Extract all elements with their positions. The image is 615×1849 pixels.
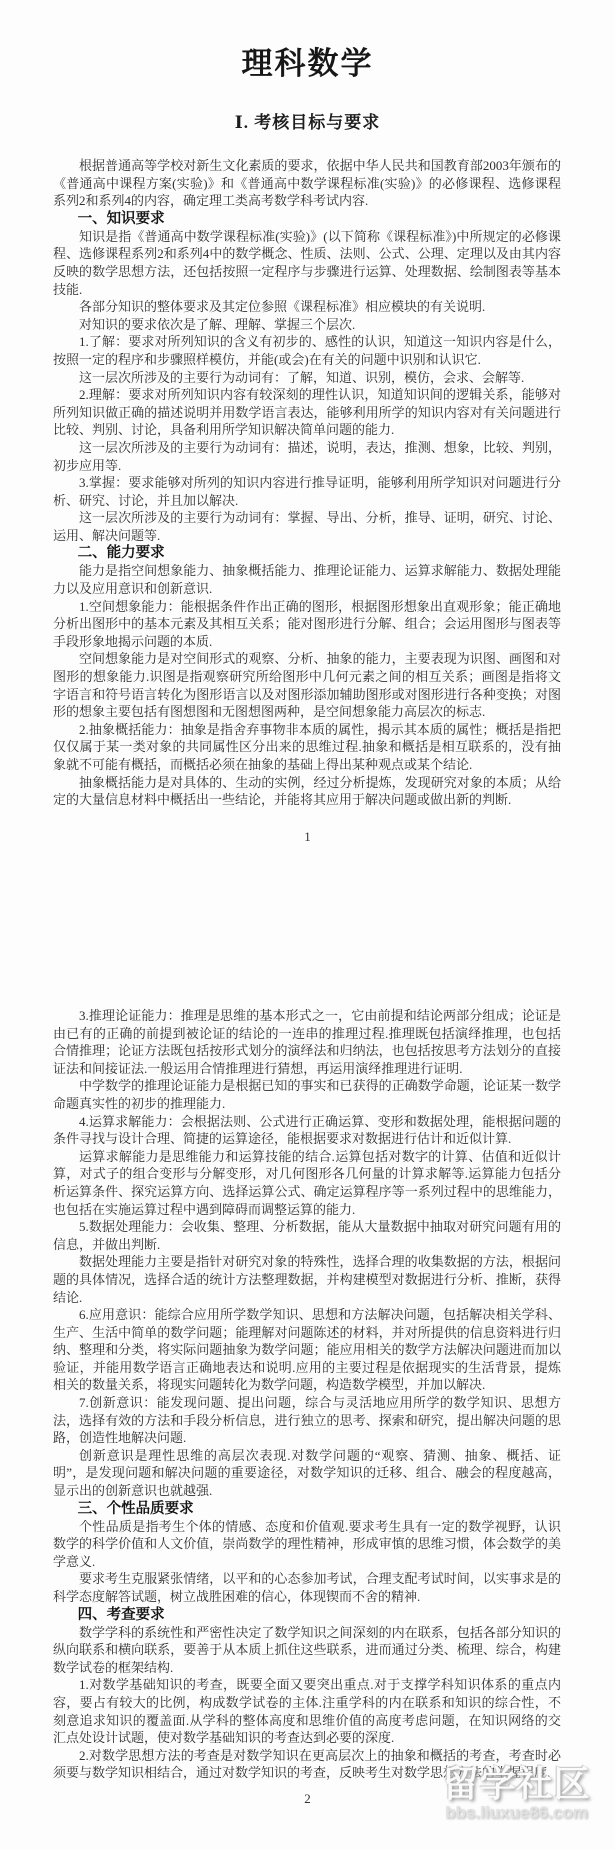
paragraph: 能力是指空间想象能力、抽象概括能力、推理论证能力、运算求解能力、数据处理能力以及…	[53, 562, 561, 597]
paragraph: 2.对数学思想方法的考查是对数学知识在更高层次上的抽象和概括的考查，考查时必须要…	[53, 1747, 561, 1782]
page-1-number: 1	[0, 829, 615, 845]
document-scan: 理科数学 Ⅰ. 考核目标与要求 根据普通高等学校对新生文化素质的要求，依据中华人…	[0, 0, 615, 1849]
section-subheading: 一、知识要求	[53, 210, 561, 228]
paragraph: 创新意识是理性思维的高层次表现.对数学问题的“观察、猜测、抽象、概括、证明”，是…	[53, 1447, 561, 1500]
paragraph: 3.推理论证能力：推理是思维的基本形式之一，它由前提和结论两部分组成；论证是由已…	[53, 1007, 561, 1077]
paragraph: 5.数据处理能力：会收集、整理、分析数据，能从大量数据中抽取对研究问题有用的信息…	[53, 1218, 561, 1253]
paragraph: 6.应用意识：能综合应用所学数学知识、思想和方法解决问题，包括解决相关学科、生产…	[53, 1306, 561, 1394]
paragraph: 4.运算求解能力：会根据法则、公式进行正确运算、变形和数据处理，能根据问题的条件…	[53, 1113, 561, 1148]
paragraph: 运算求解能力是思维能力和运算技能的结合.运算包括对数字的计算、估值和近似计算，对…	[53, 1148, 561, 1218]
page-2-number: 2	[0, 1791, 615, 1807]
paragraph: 数据处理能力主要是指针对研究对象的特殊性，选择合理的收集数据的方法，根据问题的具…	[53, 1253, 561, 1306]
paragraph: 知识是指《普通高中数学课程标准(实验)》(以下简称《课程标准》)中所规定的必修课…	[53, 228, 561, 298]
section-subheading: 四、考查要求	[53, 1606, 561, 1624]
page-2-content: 3.推理论证能力：推理是思维的基本形式之一，它由前提和结论两部分组成；论证是由已…	[53, 1007, 561, 1782]
paragraph: 2.理解：要求对所列知识内容有较深刻的理性认识，知道知识间的逻辑关系，能够对所列…	[53, 386, 561, 439]
paragraph: 根据普通高等学校对新生文化素质的要求，依据中华人民共和国教育部2003年颁布的《…	[53, 157, 561, 210]
paragraph: 1.空间想象能力：能根据条件作出正确的图形，根据图形想象出直观形象；能正确地分析…	[53, 598, 561, 651]
section-heading: Ⅰ. 考核目标与要求	[0, 108, 615, 133]
paragraph: 数学学科的系统性和严密性决定了数学知识之间深刻的内在联系，包括各部分知识的纵向联…	[53, 1624, 561, 1677]
paragraph: 2.抽象概括能力：抽象是指舍弃事物非本质的属性，揭示其本质的属性；概括是指把仅仅…	[53, 721, 561, 774]
paragraph: 3.掌握：要求能够对所列的知识内容进行推导证明，能够利用所学知识对问题进行分析、…	[53, 474, 561, 509]
paragraph: 1.对数学基础知识的考查，既要全面又要突出重点.对于支撑学科知识体系的重点内容，…	[53, 1676, 561, 1746]
paragraph: 这一层次所涉及的主要行为动词有：描述，说明，表达，推测、想象，比较、判别，初步应…	[53, 439, 561, 474]
paragraph: 这一层次所涉及的主要行为动词有：掌握、导出、分析，推导、证明，研究、讨论、运用、…	[53, 509, 561, 544]
paragraph: 中学数学的推理论证能力是根据已知的事实和已获得的正确数学命题，论证某一数学命题真…	[53, 1077, 561, 1112]
section-subheading: 二、能力要求	[53, 544, 561, 562]
paragraph: 对知识的要求依次是了解、理解、掌握三个层次.	[53, 316, 561, 334]
paragraph: 个性品质是指考生个体的情感、态度和价值观.要求考生具有一定的数学视野，认识数学的…	[53, 1518, 561, 1571]
page-1-content: 根据普通高等学校对新生文化素质的要求，依据中华人民共和国教育部2003年颁布的《…	[53, 157, 561, 809]
paragraph: 抽象概括能力是对具体的、生动的实例，经过分析提炼，发现研究对象的本质；从给定的大…	[53, 774, 561, 809]
document-title: 理科数学	[0, 38, 615, 83]
section-subheading: 三、个性品质要求	[53, 1500, 561, 1518]
paragraph: 1.了解：要求对所列知识的含义有初步的、感性的认识，知道这一知识内容是什么，按照…	[53, 333, 561, 368]
paragraph: 7.创新意识：能发现问题、提出问题，综合与灵活地应用所学的数学知识、思想方法，选…	[53, 1394, 561, 1447]
paragraph: 这一层次所涉及的主要行为动词有：了解，知道、识别，模仿，会求、会解等.	[53, 369, 561, 387]
paragraph: 要求考生克服紧张情绪，以平和的心态参加考试，合理支配考试时间，以实事求是的科学态…	[53, 1570, 561, 1605]
paragraph: 各部分知识的整体要求及其定位参照《课程标准》相应模块的有关说明.	[53, 298, 561, 316]
paragraph: 空间想象能力是对空间形式的观察、分析、抽象的能力，主要表现为识图、画图和对图形的…	[53, 650, 561, 720]
